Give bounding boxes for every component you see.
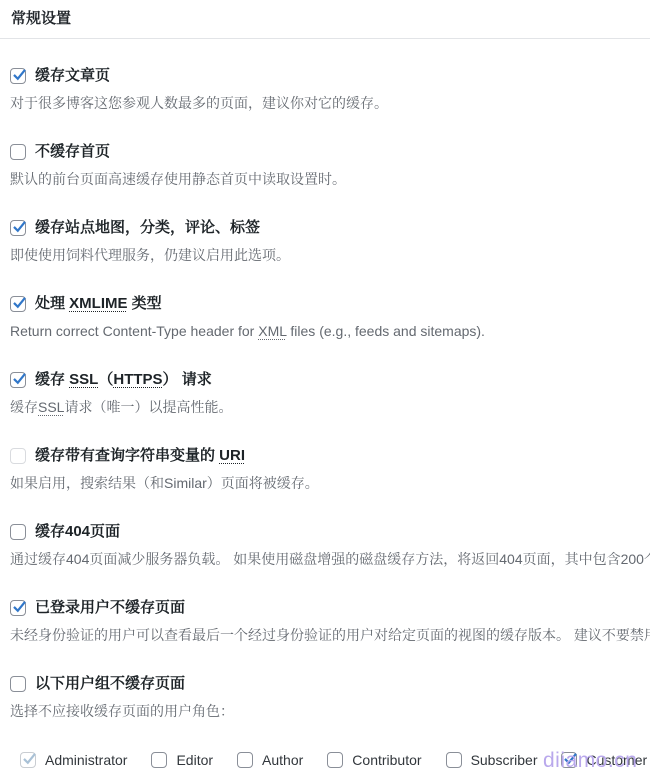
cache-feeds-label[interactable]: 缓存站点地图，分类，评论、标签: [35, 218, 260, 238]
no-cache-user-roles-checkbox[interactable]: [10, 676, 26, 692]
setting-dont-cache-front-page: 不缓存首页 默认的前台页面高速缓存使用静态首页中读取设置时。: [10, 142, 650, 189]
setting-xml-mime-type: 处理 XMLIME 类型 Return correct Content-Type…: [10, 294, 650, 341]
role-contributor-checkbox[interactable]: [327, 752, 343, 768]
cache-ssl-checkbox[interactable]: [10, 372, 26, 388]
no-cache-logged-in-description: 未经身份验证的用户可以查看最后一个经过身份验证的用户对给定页面的视图的缓存版本。…: [10, 625, 650, 645]
check-icon: [11, 66, 28, 83]
uri-abbr: URI: [219, 447, 245, 464]
page-header: 常规设置: [0, 0, 650, 39]
setting-cache-query-strings: 缓存带有查询字符串变量的 URI 如果启用，搜索结果（和Similar）页面将被…: [10, 446, 650, 493]
xml-mime-type-label[interactable]: 处理 XMLIME 类型: [35, 294, 162, 314]
cache-ssl-description: 缓存SSL请求（唯一）以提高性能。: [10, 397, 650, 417]
no-cache-user-roles-label[interactable]: 以下用户组不缓存页面: [35, 674, 185, 694]
cache-404-description: 通过缓存404页面减少服务器负载。 如果使用磁盘增强的磁盘缓存方法，将返回404…: [10, 549, 650, 569]
dont-cache-front-page-label[interactable]: 不缓存首页: [35, 142, 110, 162]
https-abbr: HTTPS: [113, 371, 162, 388]
cache-feeds-description: 即使使用饲料代理服务，仍建议启用此选项。: [10, 245, 650, 265]
setting-no-cache-user-roles: 以下用户组不缓存页面 选择不应接收缓存页面的用户角色：: [10, 674, 650, 721]
setting-no-cache-logged-in: 已登录用户不缓存页面 未经身份验证的用户可以查看最后一个经过身份验证的用户对给定…: [10, 598, 650, 645]
cache-404-checkbox[interactable]: [10, 524, 26, 540]
role-administrator: Administrator: [20, 752, 127, 768]
ssl-abbr: SSL: [69, 371, 98, 388]
cache-query-strings-description: 如果启用，搜索结果（和Similar）页面将被缓存。: [10, 473, 650, 493]
check-icon: [21, 750, 38, 767]
settings-list: 缓存文章页 对于很多博客这您参观人数最多的页面，建议你对它的缓存。 不缓存首页 …: [0, 39, 650, 770]
role-subscriber: Subscriber: [446, 752, 538, 768]
cache-post-pages-description: 对于很多博客这您参观人数最多的页面，建议你对它的缓存。: [10, 93, 650, 113]
no-cache-user-roles-description: 选择不应接收缓存页面的用户角色：: [10, 701, 650, 721]
setting-cache-post-pages: 缓存文章页 对于很多博客这您参观人数最多的页面，建议你对它的缓存。: [10, 66, 650, 113]
check-icon: [11, 370, 28, 387]
role-author: Author: [237, 752, 303, 768]
no-cache-logged-in-label[interactable]: 已登录用户不缓存页面: [35, 598, 185, 618]
role-editor-label[interactable]: Editor: [176, 752, 213, 768]
check-icon: [11, 294, 28, 311]
role-editor: Editor: [151, 752, 213, 768]
cache-query-strings-label[interactable]: 缓存带有查询字符串变量的 URI: [35, 446, 245, 466]
setting-cache-ssl: 缓存 SSL（HTTPS） 请求 缓存SSL请求（唯一）以提高性能。: [10, 370, 650, 417]
role-administrator-checkbox[interactable]: [20, 752, 36, 768]
role-editor-checkbox[interactable]: [151, 752, 167, 768]
cache-404-label[interactable]: 缓存404页面: [35, 522, 120, 542]
check-icon: [11, 218, 28, 235]
cache-query-strings-checkbox[interactable]: [10, 448, 26, 464]
role-contributor: Contributor: [327, 752, 421, 768]
cache-feeds-checkbox[interactable]: [10, 220, 26, 236]
setting-cache-feeds: 缓存站点地图，分类，评论、标签 即使使用饲料代理服务，仍建议启用此选项。: [10, 218, 650, 265]
role-subscriber-label[interactable]: Subscriber: [471, 752, 538, 768]
check-icon: [11, 598, 28, 615]
role-contributor-label[interactable]: Contributor: [352, 752, 421, 768]
dont-cache-front-page-checkbox[interactable]: [10, 144, 26, 160]
role-administrator-label[interactable]: Administrator: [45, 752, 127, 768]
xml-mime-type-description: Return correct Content-Type header for X…: [10, 321, 650, 341]
watermark: diiamo.cn: [543, 749, 637, 772]
role-author-label[interactable]: Author: [262, 752, 303, 768]
dont-cache-front-page-description: 默认的前台页面高速缓存使用静态首页中读取设置时。: [10, 169, 650, 189]
cache-post-pages-label[interactable]: 缓存文章页: [35, 66, 110, 86]
role-author-checkbox[interactable]: [237, 752, 253, 768]
cache-ssl-label[interactable]: 缓存 SSL（HTTPS） 请求: [35, 370, 212, 390]
xml-abbr: XML: [258, 323, 286, 339]
page-title: 常规设置: [11, 10, 638, 27]
xml-abbr: XMLIME: [69, 295, 127, 312]
setting-cache-404: 缓存404页面 通过缓存404页面减少服务器负载。 如果使用磁盘增强的磁盘缓存方…: [10, 522, 650, 569]
ssl-abbr: SSL: [38, 399, 64, 415]
no-cache-logged-in-checkbox[interactable]: [10, 600, 26, 616]
xml-mime-type-checkbox[interactable]: [10, 296, 26, 312]
role-subscriber-checkbox[interactable]: [446, 752, 462, 768]
cache-post-pages-checkbox[interactable]: [10, 68, 26, 84]
